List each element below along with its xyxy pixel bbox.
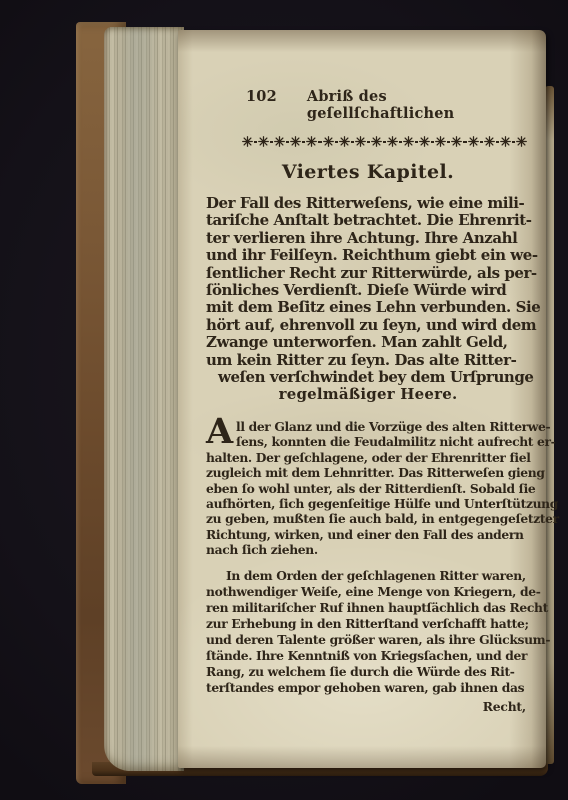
ornament-dash	[463, 141, 466, 143]
text-line: nothwendiger Weiſe, eine Menge von Krieg…	[206, 584, 530, 600]
text-line: In dem Orden der geſchlagenen Ritter war…	[206, 568, 530, 584]
text-line: Der Fall des Ritterweſens, wie eine mili…	[206, 195, 530, 212]
ornament-dash	[351, 141, 354, 143]
book-page: 102 Abriß des geſellſchaftlichen Viertes…	[178, 30, 546, 768]
text-line: aufhörten, ſich gegenſeitige Hülfe und U…	[206, 496, 530, 511]
text-line: halten. Der geſchlagene, oder der Ehrenr…	[206, 450, 530, 465]
text-line: Rang, zu welchem ſie durch die Würde des…	[206, 664, 530, 680]
rosette-icon	[242, 136, 253, 147]
text-line: mit dem Beſitz eines Lehn verbunden. Sie	[206, 299, 530, 316]
ornament-dash	[480, 141, 483, 143]
text-line: ſentlicher Recht zur Ritterwürde, als pe…	[206, 265, 530, 282]
text-line: hört auf, ehrenvoll zu ſeyn, und wird de…	[206, 317, 530, 334]
ornament-unit	[484, 136, 500, 147]
text-line: nach ſich ziehen.	[206, 542, 530, 557]
ornament-unit	[339, 136, 355, 147]
chapter-summary: Der Fall des Ritterweſens, wie eine mili…	[206, 195, 530, 404]
text-line: ll der Glanz und die Vorzüge des alten R…	[206, 419, 530, 434]
ornament-unit	[290, 136, 306, 147]
rosette-icon	[306, 136, 317, 147]
text-line: ſtände. Ihre Kenntniß von Kriegsſachen, …	[206, 648, 530, 664]
ornament-unit	[387, 136, 403, 147]
ornament-unit	[516, 136, 530, 147]
drop-cap-initial: A	[206, 416, 233, 448]
text-line: zu geben, mußten ſie auch bald, in entge…	[206, 511, 530, 526]
rosette-icon	[419, 136, 430, 147]
ornament-dash	[367, 141, 370, 143]
ornament-dash	[286, 141, 289, 143]
ornament-dash	[512, 141, 515, 143]
rosette-icon	[339, 136, 350, 147]
ornament-unit	[323, 136, 339, 147]
ornament-dash	[254, 141, 257, 143]
rosette-icon	[516, 136, 527, 147]
rosette-icon	[258, 136, 269, 147]
rosette-icon	[371, 136, 382, 147]
ornament-unit	[451, 136, 467, 147]
rosette-icon	[274, 136, 285, 147]
ornament-dash	[447, 141, 450, 143]
text-line: Richtung, wirken, und einer den Fall des…	[206, 527, 530, 542]
text-line: zugleich mit dem Lehnritter. Das Ritterw…	[206, 465, 530, 480]
rosette-icon	[435, 136, 446, 147]
ornament-dash	[302, 141, 305, 143]
catchword: Recht,	[206, 699, 530, 714]
ornament-dash	[496, 141, 499, 143]
ornament-dash	[415, 141, 418, 143]
ornament-unit	[419, 136, 435, 147]
page-stack-fore-edge	[104, 27, 184, 771]
ornament-unit	[258, 136, 274, 147]
text-line: ren militariſcher Ruf ihnen hauptſächlic…	[206, 600, 530, 616]
text-line: Zwange unterworfen. Man zahlt Geld,	[206, 334, 530, 351]
text-line: tariſche Anſtalt betrachtet. Die Ehrenri…	[206, 212, 530, 229]
body-paragraph-1: A ll der Glanz und die Vorzüge des alten…	[206, 419, 530, 558]
text-line: terſtandes empor gehoben waren, gab ihne…	[206, 680, 530, 696]
ornament-dash	[318, 141, 321, 143]
ornament-unit	[274, 136, 290, 147]
ornament-dash	[270, 141, 273, 143]
ornament-unit	[355, 136, 371, 147]
rosette-icon	[323, 136, 334, 147]
ornament-unit	[403, 136, 419, 147]
ornament-unit	[500, 136, 516, 147]
ornament-divider	[242, 135, 530, 148]
rosette-icon	[451, 136, 462, 147]
rosette-icon	[403, 136, 414, 147]
ornament-unit	[468, 136, 484, 147]
page-number: 102	[246, 88, 277, 105]
book-scan-stage: 102 Abriß des geſellſchaftlichen Viertes…	[0, 0, 568, 800]
ornament-dash	[399, 141, 402, 143]
chapter-heading: Viertes Kapitel.	[206, 161, 530, 183]
rosette-icon	[387, 136, 398, 147]
rosette-icon	[484, 136, 495, 147]
ornament-unit	[435, 136, 451, 147]
text-line: um kein Ritter zu ſeyn. Das alte Ritter-	[206, 352, 530, 369]
text-line: zur Erhebung in den Ritterſtand verſchaf…	[206, 616, 530, 632]
text-line: ſens, konnten die Feudalmilitz nicht auf…	[206, 434, 530, 449]
text-line: ſönliches Verdienſt. Dieſe Würde wird	[206, 282, 530, 299]
text-column: 102 Abriß des geſellſchaftlichen Viertes…	[206, 88, 530, 714]
text-line: und deren Talente größer waren, als ihre…	[206, 632, 530, 648]
ornament-unit	[306, 136, 322, 147]
text-line: ter verlieren ihre Achtung. Ihre Anzahl	[206, 230, 530, 247]
text-line: und ihr Feilſeyn. Reichthum giebt ein we…	[206, 247, 530, 264]
rosette-icon	[290, 136, 301, 147]
body-paragraph-2: In dem Orden der geſchlagenen Ritter war…	[206, 568, 530, 696]
rosette-icon	[468, 136, 479, 147]
page-header: 102 Abriß des geſellſchaftlichen	[206, 88, 530, 122]
ornament-unit	[371, 136, 387, 147]
rosette-icon	[355, 136, 366, 147]
ornament-unit	[242, 136, 258, 147]
rosette-icon	[500, 136, 511, 147]
ornament-dash	[383, 141, 386, 143]
ornament-dash	[335, 141, 338, 143]
ornament-dash	[431, 141, 434, 143]
text-line: eben ſo wohl unter, als der Ritterdienſt…	[206, 481, 530, 496]
running-title: Abriß des geſellſchaftlichen	[307, 88, 530, 122]
text-line: regelmäßiger Heere.	[206, 386, 530, 403]
text-line: weſen verſchwindet bey dem Urſprunge	[218, 369, 530, 386]
